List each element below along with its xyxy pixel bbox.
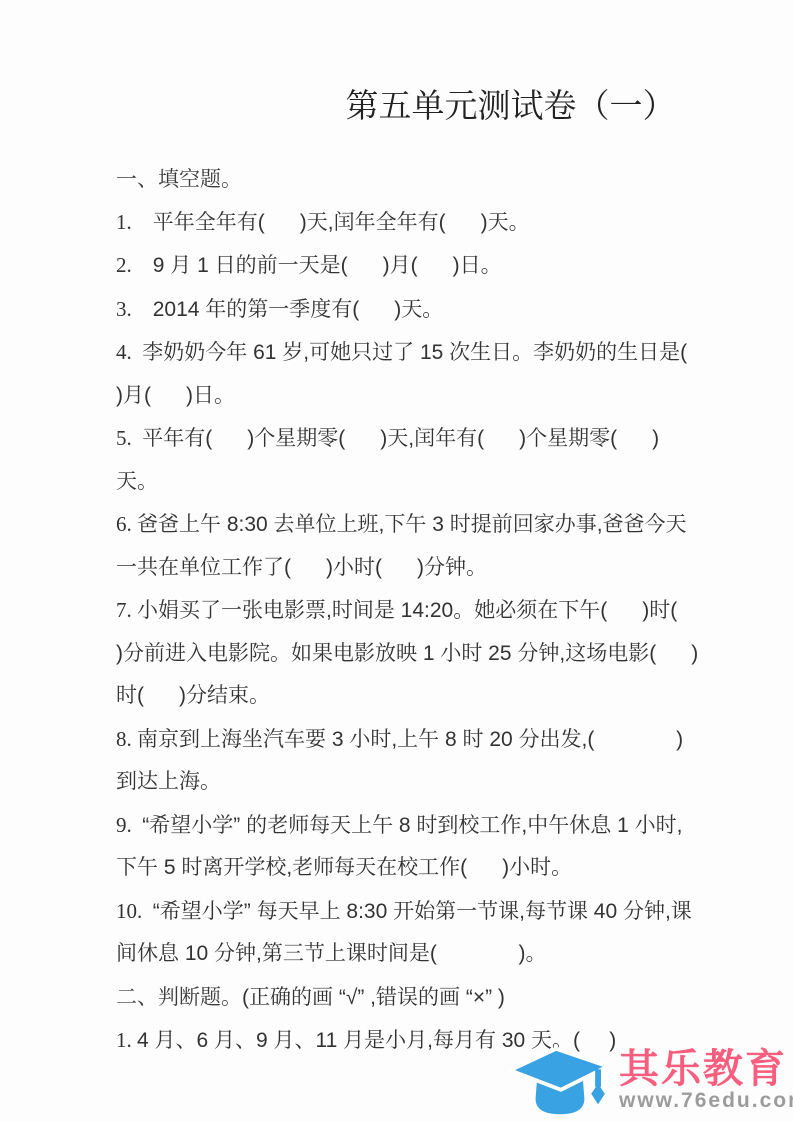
question-text: 平年全年有( )天,闰年全年有( )天。 bbox=[153, 211, 530, 234]
question-4: 4. 李奶奶今年 61 岁,可她只过了 15 次生日。李奶奶的生日是( )月( … bbox=[116, 331, 701, 417]
question-number: 1. bbox=[116, 1028, 137, 1052]
question-3: 3. 2014 年的第一季度有( )天。 bbox=[116, 288, 701, 332]
question-number: 6. bbox=[116, 512, 137, 536]
page-title: 第五单元测试卷（一） bbox=[0, 84, 793, 130]
question-8: 8. 南京到上海坐汽车要 3 小时,上午 8 时 20 分出发,( )到达上海。 bbox=[116, 718, 701, 804]
question-number: 2. bbox=[116, 253, 153, 277]
question-number: 7. bbox=[116, 598, 137, 622]
question-5: 5. 平年有( )个星期零( )天,闰年有( )个星期零( )天。 bbox=[116, 417, 701, 503]
question-2: 2. 9 月 1 日的前一天是( )月( )日。 bbox=[116, 244, 701, 288]
question-number: 1. bbox=[116, 210, 153, 234]
brand-website: www.76edu.com bbox=[619, 1090, 793, 1112]
question-text: 2014 年的第一季度有( )天。 bbox=[153, 298, 444, 321]
question-9: 9. “希望小学” 的老师每天上午 8 时到校工作,中午休息 1 小时,下午 5… bbox=[116, 804, 701, 890]
question-text: “希望小学” 的老师每天上午 8 时到校工作,中午休息 1 小时,下午 5 时离… bbox=[116, 814, 682, 880]
brand-text-block: 其乐教育 www.76edu.com bbox=[619, 1040, 793, 1112]
brand-logo: 其乐教育 www.76edu.com bbox=[505, 1040, 793, 1122]
question-text: 平年有( )个星期零( )天,闰年有( )个星期零( )天。 bbox=[116, 427, 659, 493]
section-1-heading-label: 一、填空题。 bbox=[116, 167, 242, 191]
question-number: 8. bbox=[116, 727, 137, 751]
question-number: 9. bbox=[116, 813, 142, 837]
question-number: 5. bbox=[116, 426, 142, 450]
question-number: 3. bbox=[116, 297, 153, 321]
question-6: 6. 爸爸上午 8:30 去单位上班,下午 3 时提前回家办事,爸爸今天一共在单… bbox=[116, 503, 701, 589]
question-10: 10. “希望小学” 每天早上 8:30 开始第一节课,每节课 40 分钟,课间… bbox=[116, 890, 701, 976]
brand-name: 其乐教育 bbox=[619, 1048, 793, 1090]
section-2-heading-note: (正确的画 “√” ,错误的画 “×” ) bbox=[242, 986, 505, 1009]
section-2-heading-label: 二、判断题。 bbox=[116, 985, 242, 1009]
question-text: 李奶奶今年 61 岁,可她只过了 15 次生日。李奶奶的生日是( )月( )日。 bbox=[116, 341, 722, 407]
questions-area: 一、填空题。 1. 平年全年有( )天,闰年全年有( )天。 2. 9 月 1 … bbox=[116, 158, 701, 1063]
question-text: 南京到上海坐汽车要 3 小时,上午 8 时 20 分出发,( )到达上海。 bbox=[116, 728, 683, 794]
question-text: “希望小学” 每天早上 8:30 开始第一节课,每节课 40 分钟,课间休息 1… bbox=[116, 900, 692, 966]
graduation-cap-icon bbox=[505, 1040, 613, 1122]
test-paper-page: 第五单元测试卷（一） 一、填空题。 1. 平年全年有( )天,闰年全年有( )天… bbox=[0, 0, 793, 1122]
section-2-heading: 二、判断题。(正确的画 “√” ,错误的画 “×” ) bbox=[116, 976, 701, 1020]
question-number: 10. bbox=[116, 899, 153, 923]
section-1-heading: 一、填空题。 bbox=[116, 158, 701, 201]
question-text: 爸爸上午 8:30 去单位上班,下午 3 时提前回家办事,爸爸今天一共在单位工作… bbox=[116, 513, 687, 579]
question-7: 7. 小娟买了一张电影票,时间是 14:20。她必须在下午( )时( )分前进入… bbox=[116, 589, 701, 718]
question-text: 9 月 1 日的前一天是( )月( )日。 bbox=[153, 254, 502, 277]
question-1: 1. 平年全年有( )天,闰年全年有( )天。 bbox=[116, 201, 701, 245]
question-text: 小娟买了一张电影票,时间是 14:20。她必须在下午( )时( )分前进入电影院… bbox=[116, 599, 712, 707]
question-number: 4. bbox=[116, 340, 142, 364]
